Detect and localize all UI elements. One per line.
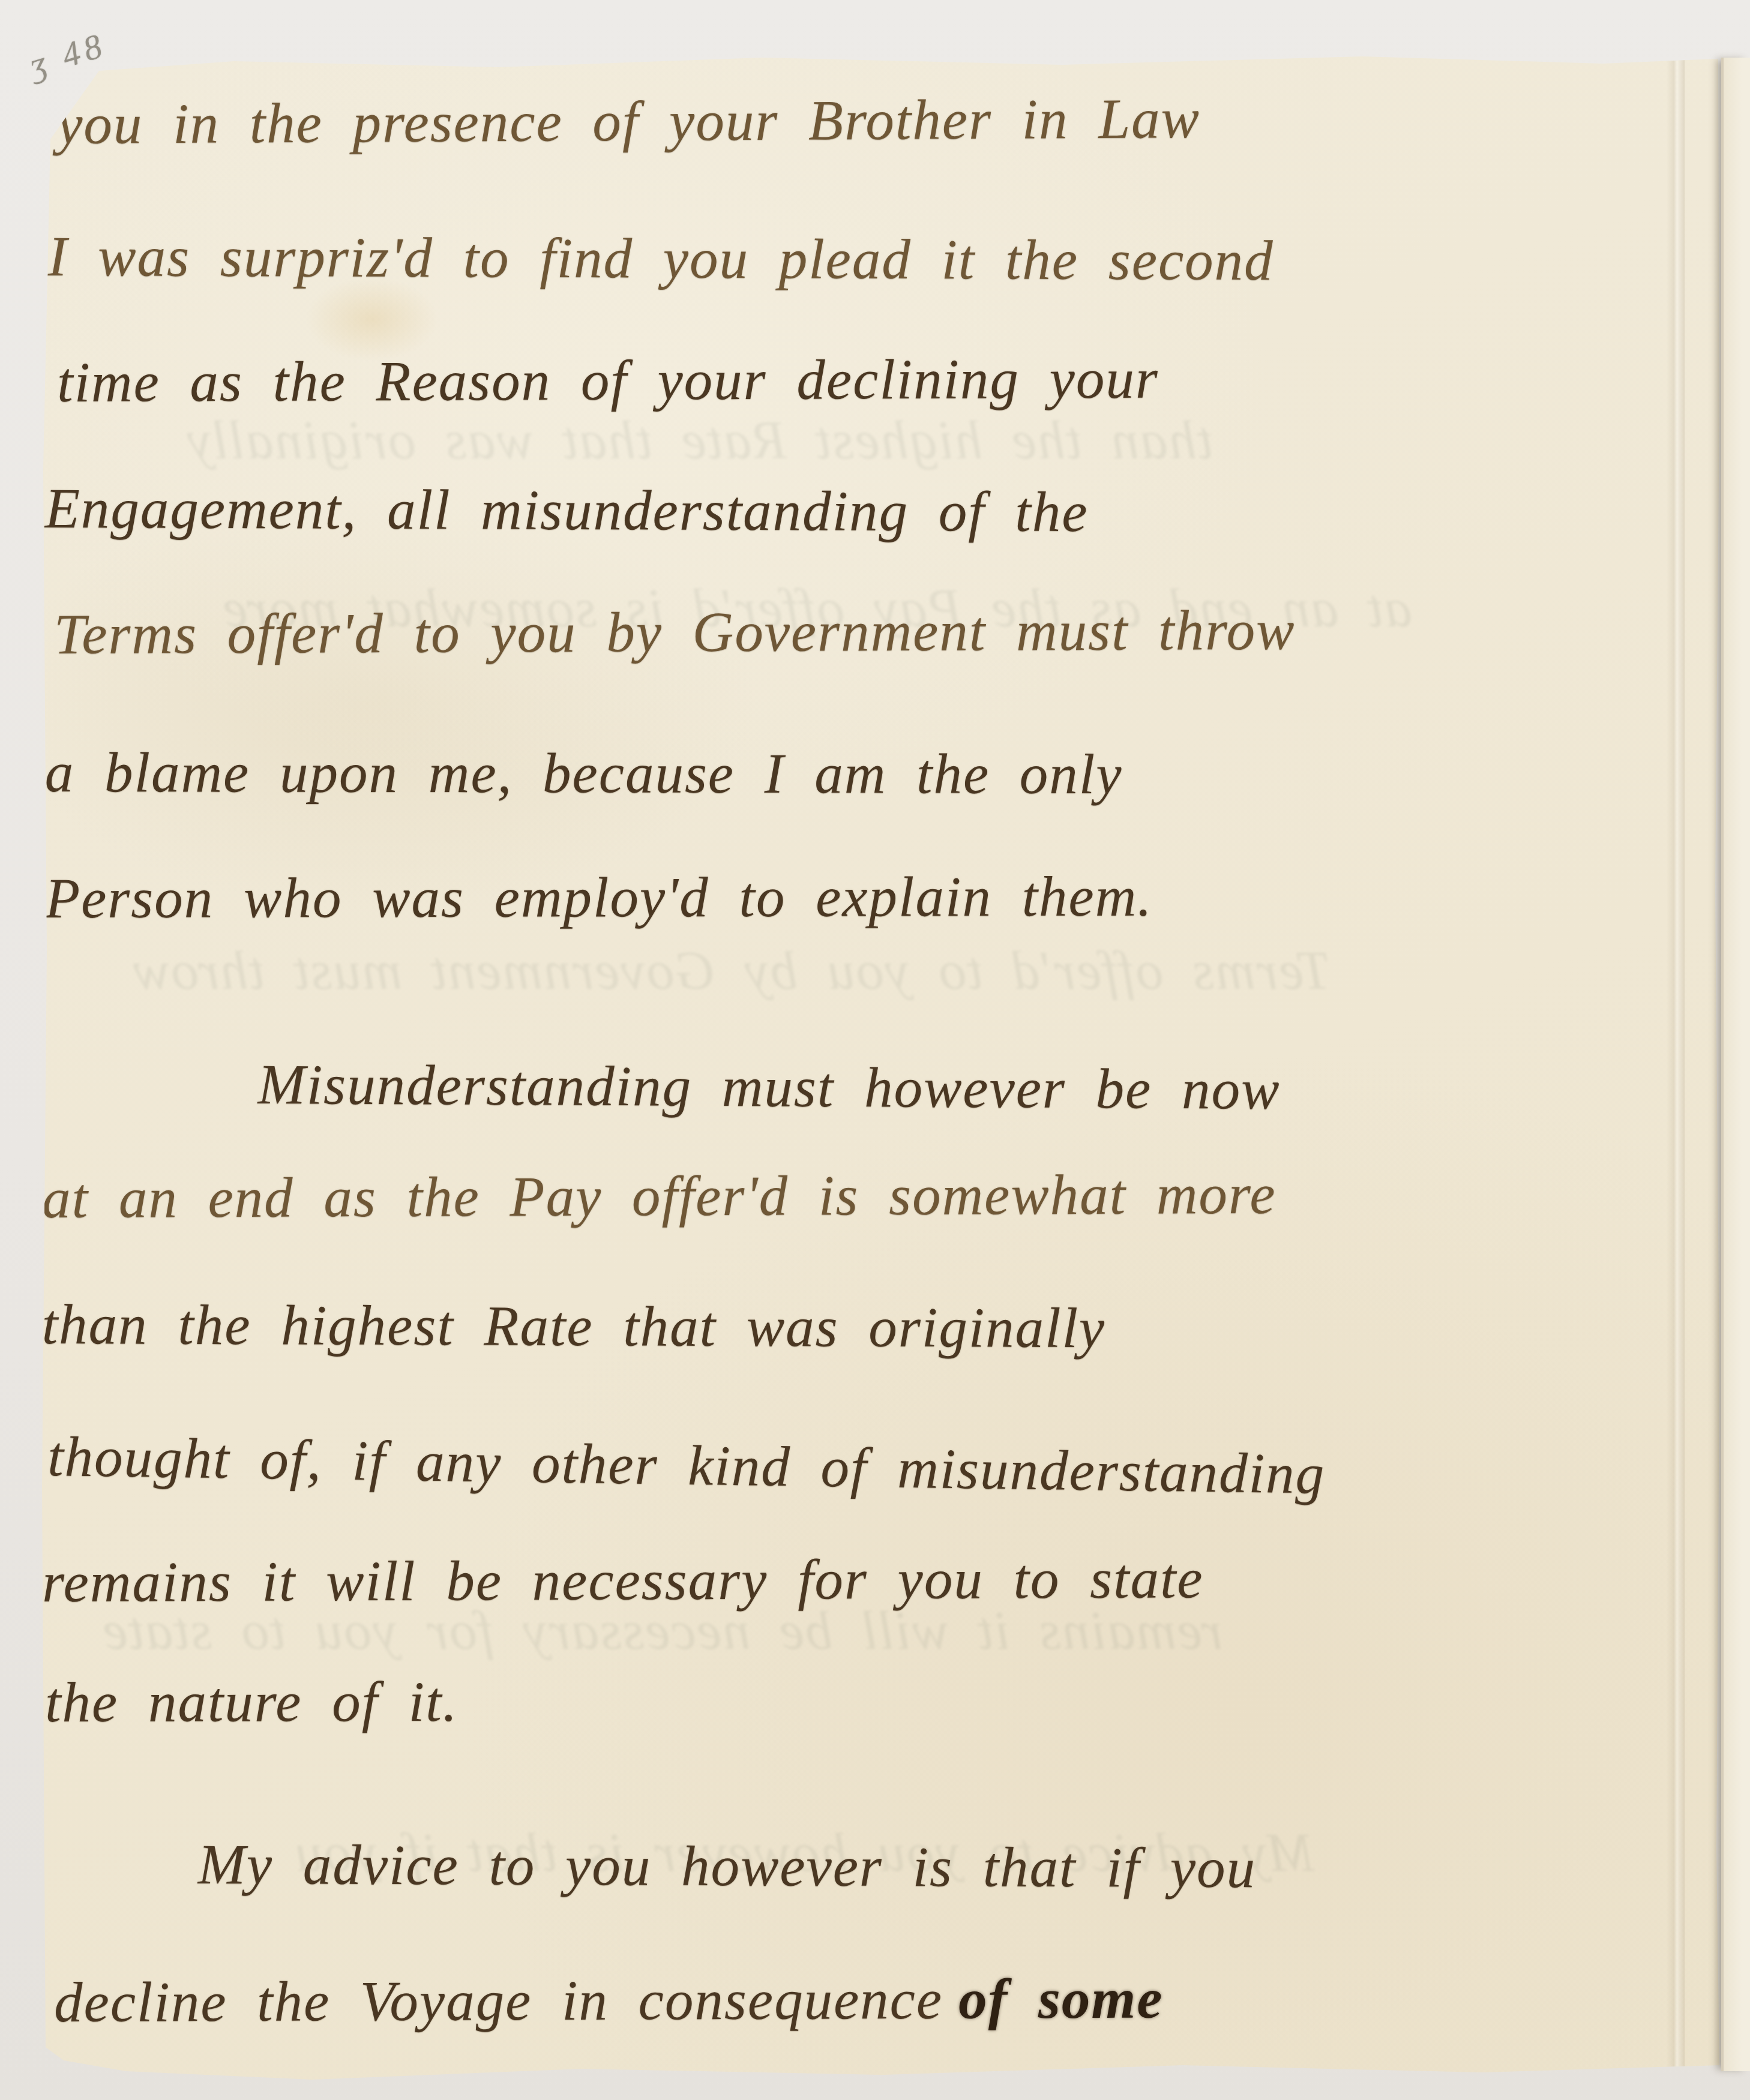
letter-line: you in the presence of your Brother in L… bbox=[57, 90, 1200, 153]
letter-line: Terms offer'd to you by Government must … bbox=[54, 602, 1296, 663]
letter-line: than the highest Rate that was originall… bbox=[42, 1296, 1106, 1357]
letter-line: a blame upon me, because I am the only bbox=[45, 744, 1123, 803]
letter-line: decline the Voyage in consequenceof some bbox=[54, 1970, 1164, 2031]
page-fold-crease bbox=[1667, 49, 1685, 2083]
letter-page: than the highest Rate that was originall… bbox=[42, 49, 1719, 2083]
letter-line-text: decline the Voyage in consequence bbox=[54, 1967, 943, 2034]
letter-line: Misunderstanding must however be now bbox=[258, 1056, 1281, 1118]
letter-line: remains it will be necessary for you to … bbox=[42, 1550, 1204, 1611]
letter-line: the nature of it. bbox=[45, 1673, 458, 1731]
letter-line: time as the Reason of your declining you… bbox=[57, 350, 1159, 411]
letter-line: Person who was employ'd to explain them. bbox=[45, 868, 1153, 927]
letter-line: Engagement, all misunderstanding of the bbox=[45, 480, 1089, 541]
letter-line: My advice to you however is that if you bbox=[198, 1836, 1257, 1897]
adjacent-page-edge bbox=[1721, 58, 1750, 2071]
letter-line: at an end as the Pay offer'd is somewhat… bbox=[42, 1166, 1276, 1227]
verso-showthrough: Terms offer'd to you by Government must … bbox=[132, 938, 1331, 1002]
letter-line-blotted-words: of some bbox=[958, 1967, 1164, 2031]
letter-scan: than the highest Rate that was originall… bbox=[0, 0, 1750, 2100]
verso-showthrough: than the highest Rate that was originall… bbox=[186, 408, 1213, 472]
letter-line: I was surpriz'd to find you plead it the… bbox=[48, 228, 1274, 289]
letter-line: thought of, if any other kind of misunde… bbox=[47, 1428, 1326, 1503]
